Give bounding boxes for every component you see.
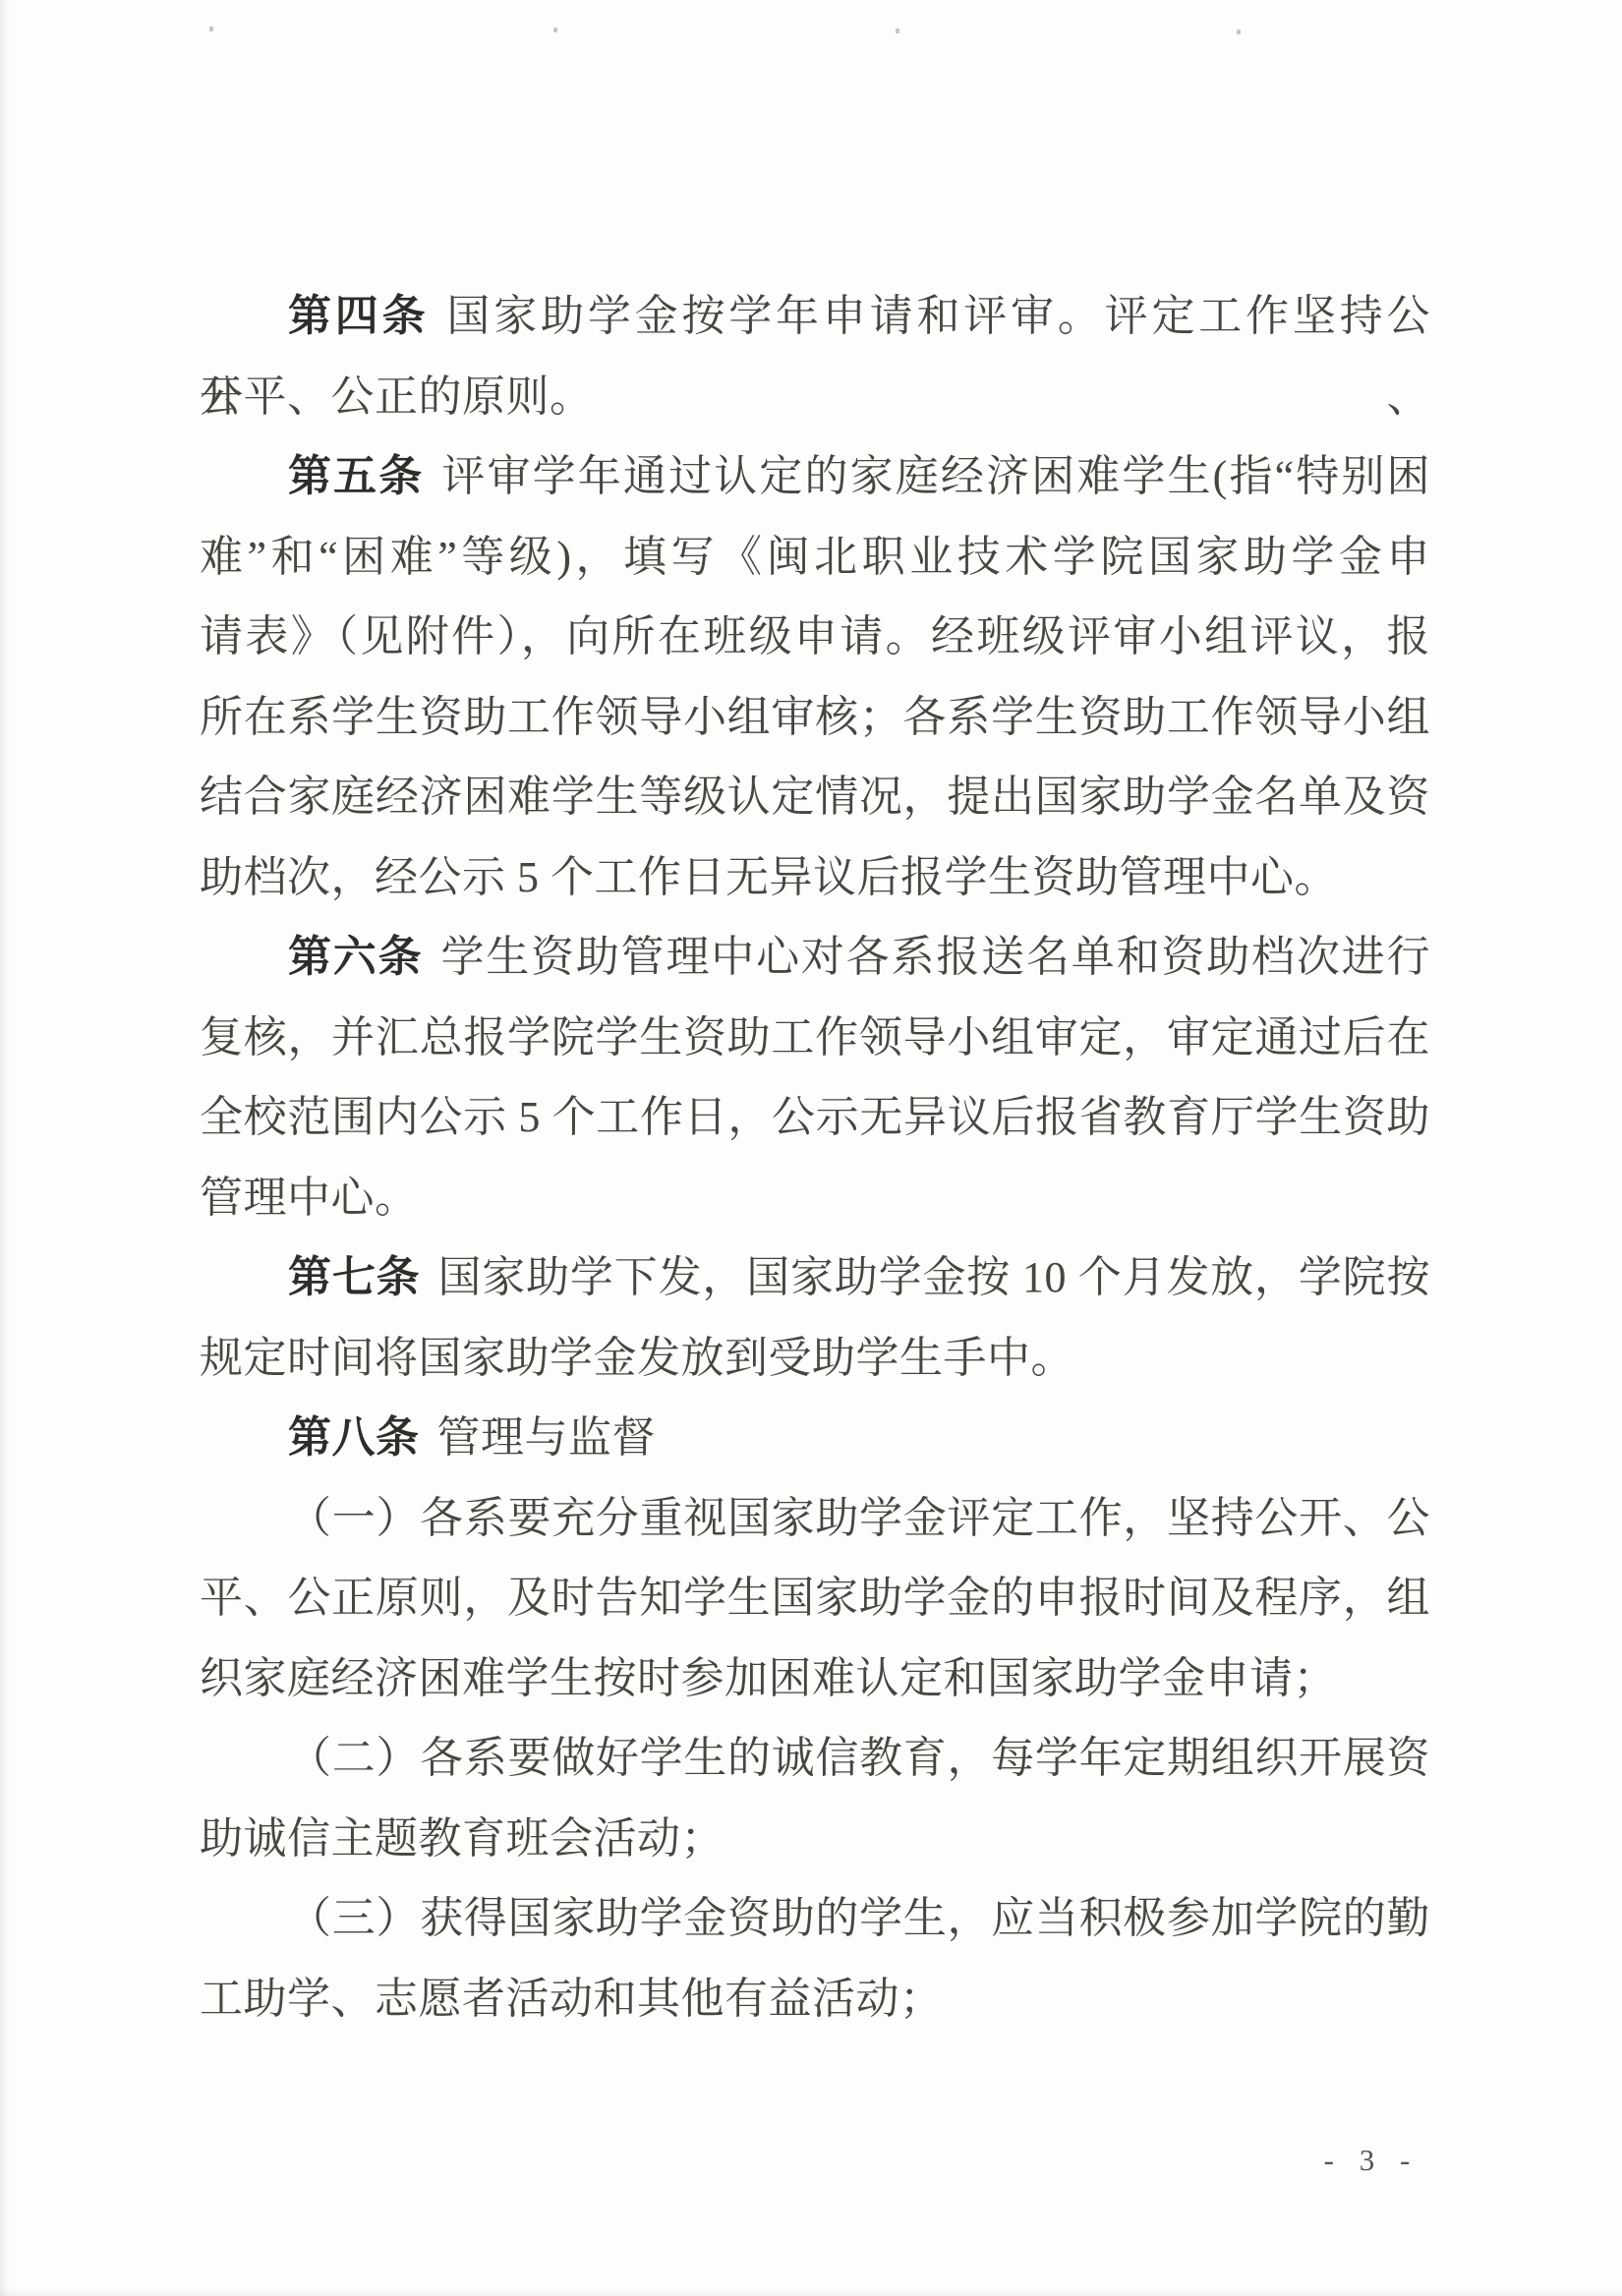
article-heading: 第八条 bbox=[288, 1413, 420, 1462]
text-line: 全校范围内公示 5 个工作日，公示无异议后报省教育厅学生资助 bbox=[200, 1077, 1430, 1158]
article-heading: 第五条 bbox=[288, 452, 424, 500]
text-line: （一）各系要充分重视国家助学金评定工作，坚持公开、公 bbox=[200, 1478, 1430, 1559]
text-line: 第八条管理与监督 bbox=[200, 1398, 1430, 1478]
article-heading: 第四条 bbox=[288, 292, 429, 340]
text-line: 第六条学生资助管理中心对各系报送名单和资助档次进行 bbox=[200, 917, 1430, 998]
article-heading: 第七条 bbox=[288, 1253, 420, 1301]
text-line: 助档次，经公示 5 个工作日无异议后报学生资助管理中心。 bbox=[200, 837, 1430, 918]
text-line: 结合家庭经济困难学生等级认定情况，提出国家助学金名单及资 bbox=[200, 757, 1430, 837]
text-line: 工助学、志愿者活动和其他有益活动； bbox=[200, 1959, 1430, 2039]
text-line: 请表》（见附件），向所在班级申请。经班级评审小组评议，报 bbox=[200, 597, 1430, 677]
text-line: 第七条国家助学下发，国家助学金按 10 个月发放，学院按 bbox=[200, 1237, 1430, 1318]
article-heading: 第六条 bbox=[288, 933, 423, 981]
text-line: 助诚信主题教育班会活动； bbox=[200, 1799, 1430, 1879]
text-line: 难”和“困难”等级)，填写《闽北职业技术学院国家助学金申 bbox=[200, 517, 1430, 598]
scan-edge-shading bbox=[0, 0, 10, 2296]
text-line: 第五条评审学年通过认定的家庭经济困难学生(指“特别困 bbox=[200, 436, 1430, 517]
scanned-document-page: 第四条国家助学金按学年申请和评审。评定工作坚持公开、公平、公正的原则。第五条评审… bbox=[0, 0, 1622, 2296]
scan-speck bbox=[553, 28, 557, 32]
text-line: 织家庭经济困难学生按时参加困难认定和国家助学金申请； bbox=[200, 1638, 1430, 1719]
text-line: 平、公正原则，及时告知学生国家助学金的申报时间及程序，组 bbox=[200, 1558, 1430, 1638]
page-number: - 3 - bbox=[1298, 2143, 1445, 2178]
text-line: 所在系学生资助工作领导小组审核；各系学生资助工作领导小组 bbox=[200, 677, 1430, 758]
text-line: 复核，并汇总报学院学生资助工作领导小组审定，审定通过后在 bbox=[200, 998, 1430, 1078]
scan-speck bbox=[209, 27, 213, 31]
scan-speck bbox=[896, 29, 899, 33]
scan-speck bbox=[1237, 29, 1241, 34]
scan-edge-shading-bottom bbox=[0, 2288, 1622, 2296]
text-line: 第四条国家助学金按学年申请和评审。评定工作坚持公开、 bbox=[200, 276, 1430, 357]
document-body-lines: 第四条国家助学金按学年申请和评审。评定工作坚持公开、公平、公正的原则。第五条评审… bbox=[200, 276, 1430, 2038]
text-line: （三）获得国家助学金资助的学生，应当积极参加学院的勤 bbox=[200, 1878, 1430, 1959]
text-line: 管理中心。 bbox=[200, 1158, 1430, 1238]
text-line: 规定时间将国家助学金发放到受助学生手中。 bbox=[200, 1318, 1430, 1399]
text-line: （二）各系要做好学生的诚信教育，每学年定期组织开展资 bbox=[200, 1718, 1430, 1799]
